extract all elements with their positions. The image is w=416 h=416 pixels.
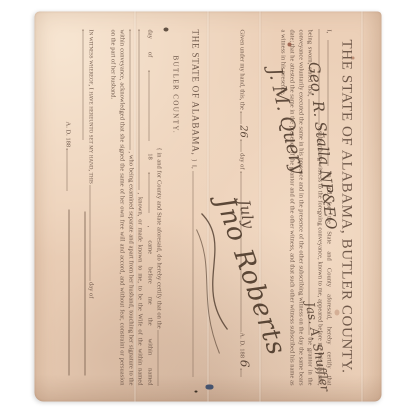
ad-188-line: A. D. 188 <box>65 122 72 191</box>
dotted-blank <box>139 30 144 190</box>
ad-label: A. D. 188 <box>239 332 246 358</box>
handwritten-day: 26 <box>238 125 249 138</box>
signature-rule-line <box>69 210 70 376</box>
dotted-blank <box>130 30 135 150</box>
photo-background: THE STATE OF ALABAMA, BUTLER COUNTY. I, … <box>0 0 416 416</box>
dotted-blank <box>241 111 246 123</box>
day-of-label: day of <box>88 282 95 298</box>
ink-spot <box>164 28 169 32</box>
state-label: THE STATE OF ALABAMA, <box>191 30 201 156</box>
year-prefix: 18 <box>146 153 153 160</box>
ink-speck <box>195 391 198 393</box>
signature-rule-line <box>85 212 86 376</box>
day-of-label: day of <box>239 153 246 169</box>
dotted-blank <box>83 30 88 140</box>
document-paper: THE STATE OF ALABAMA, BUTLER COUNTY. I, … <box>35 12 382 402</box>
section2-heading: THE STATE OF ALABAMA, } I, <box>191 30 201 386</box>
dotted-blank <box>67 149 72 191</box>
day-of-label: day of <box>146 30 153 58</box>
dotted-blank <box>193 172 199 377</box>
brace-open: { <box>156 148 163 151</box>
section2-lead: I, <box>191 165 198 169</box>
county-label: BUTLER COUNTY. <box>172 56 180 135</box>
dotted-blank <box>241 139 246 151</box>
fold-crease <box>361 12 364 402</box>
paragraph-lead: I, <box>326 30 333 34</box>
paragraph-text: in and for County and State aforesaid, d… <box>156 152 163 328</box>
given-lead: Given under my hand, this, the <box>239 30 246 110</box>
document-title: THE STATE OF ALABAMA, BUTLER COUNTY. <box>338 12 355 402</box>
paragraph-text: , came before me the within named <box>146 226 153 386</box>
wife-acknowledgment-paragraph: { in and for County and State aforesaid,… <box>108 30 164 386</box>
witness-lead: In witness whereof, I have hereunto set … <box>88 30 95 184</box>
dotted-blank <box>148 70 153 140</box>
dotted-blank <box>241 369 246 377</box>
blue-ink-dot <box>206 385 214 390</box>
in-witness-line: In witness whereof, I have hereunto set … <box>81 30 95 386</box>
handwritten-year: 6 <box>238 360 252 368</box>
brace-close: } <box>191 159 198 162</box>
paragraph-text: , known, or made known to me, to be the … <box>137 192 144 385</box>
dotted-blank <box>158 331 163 386</box>
dotted-blank <box>148 173 153 213</box>
dotted-blank <box>90 185 95 280</box>
ad-label: A. D. 188 <box>65 122 72 148</box>
